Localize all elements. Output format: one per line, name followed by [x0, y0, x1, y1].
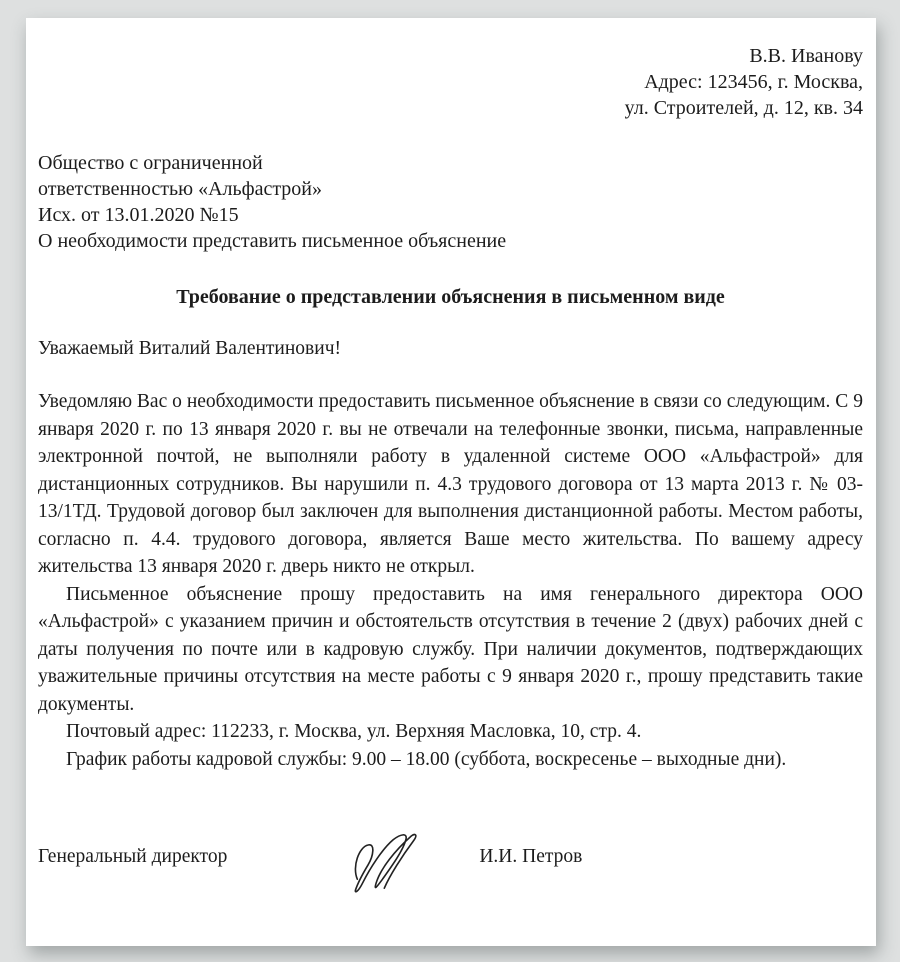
recipient-block: В.В. Иванову Адрес: 123456, г. Москва, у… [38, 43, 863, 121]
subject-line: О необходимости представить письменное о… [38, 228, 863, 254]
document-title: Требование о представлении объяснения в … [38, 284, 863, 311]
sender-block: Общество с ограниченной ответственностью… [38, 150, 863, 254]
signature-block: Генеральный директор И.И. Петров [38, 843, 863, 899]
sender-company-line-2: ответственностью «Альфастрой» [38, 176, 863, 202]
body-paragraph-1: Уведомляю Вас о необходимости предостави… [38, 388, 863, 581]
recipient-name: В.В. Иванову [38, 43, 863, 69]
recipient-address-line-2: ул. Строителей, д. 12, кв. 34 [38, 95, 863, 121]
letter-body: Уведомляю Вас о необходимости предостави… [38, 388, 863, 773]
postal-address-line: Почтовый адрес: 112233, г. Москва, ул. В… [38, 718, 863, 746]
signer-name: И.И. Петров [479, 843, 582, 870]
signer-position-label: Генеральный директор [38, 843, 227, 870]
salutation: Уважаемый Виталий Валентинович! [38, 335, 863, 362]
hr-schedule-line: График работы кадровой службы: 9.00 – 18… [38, 746, 863, 774]
sender-company-line-1: Общество с ограниченной [38, 150, 863, 176]
body-paragraph-2: Письменное объяснение прошу предоставить… [38, 581, 863, 719]
letter-page: В.В. Иванову Адрес: 123456, г. Москва, у… [26, 18, 876, 946]
outgoing-number-line: Исх. от 13.01.2020 №15 [38, 202, 863, 228]
recipient-address-line-1: Адрес: 123456, г. Москва, [38, 69, 863, 95]
handwritten-signature-icon [345, 827, 429, 899]
document-background: В.В. Иванову Адрес: 123456, г. Москва, у… [0, 0, 900, 962]
